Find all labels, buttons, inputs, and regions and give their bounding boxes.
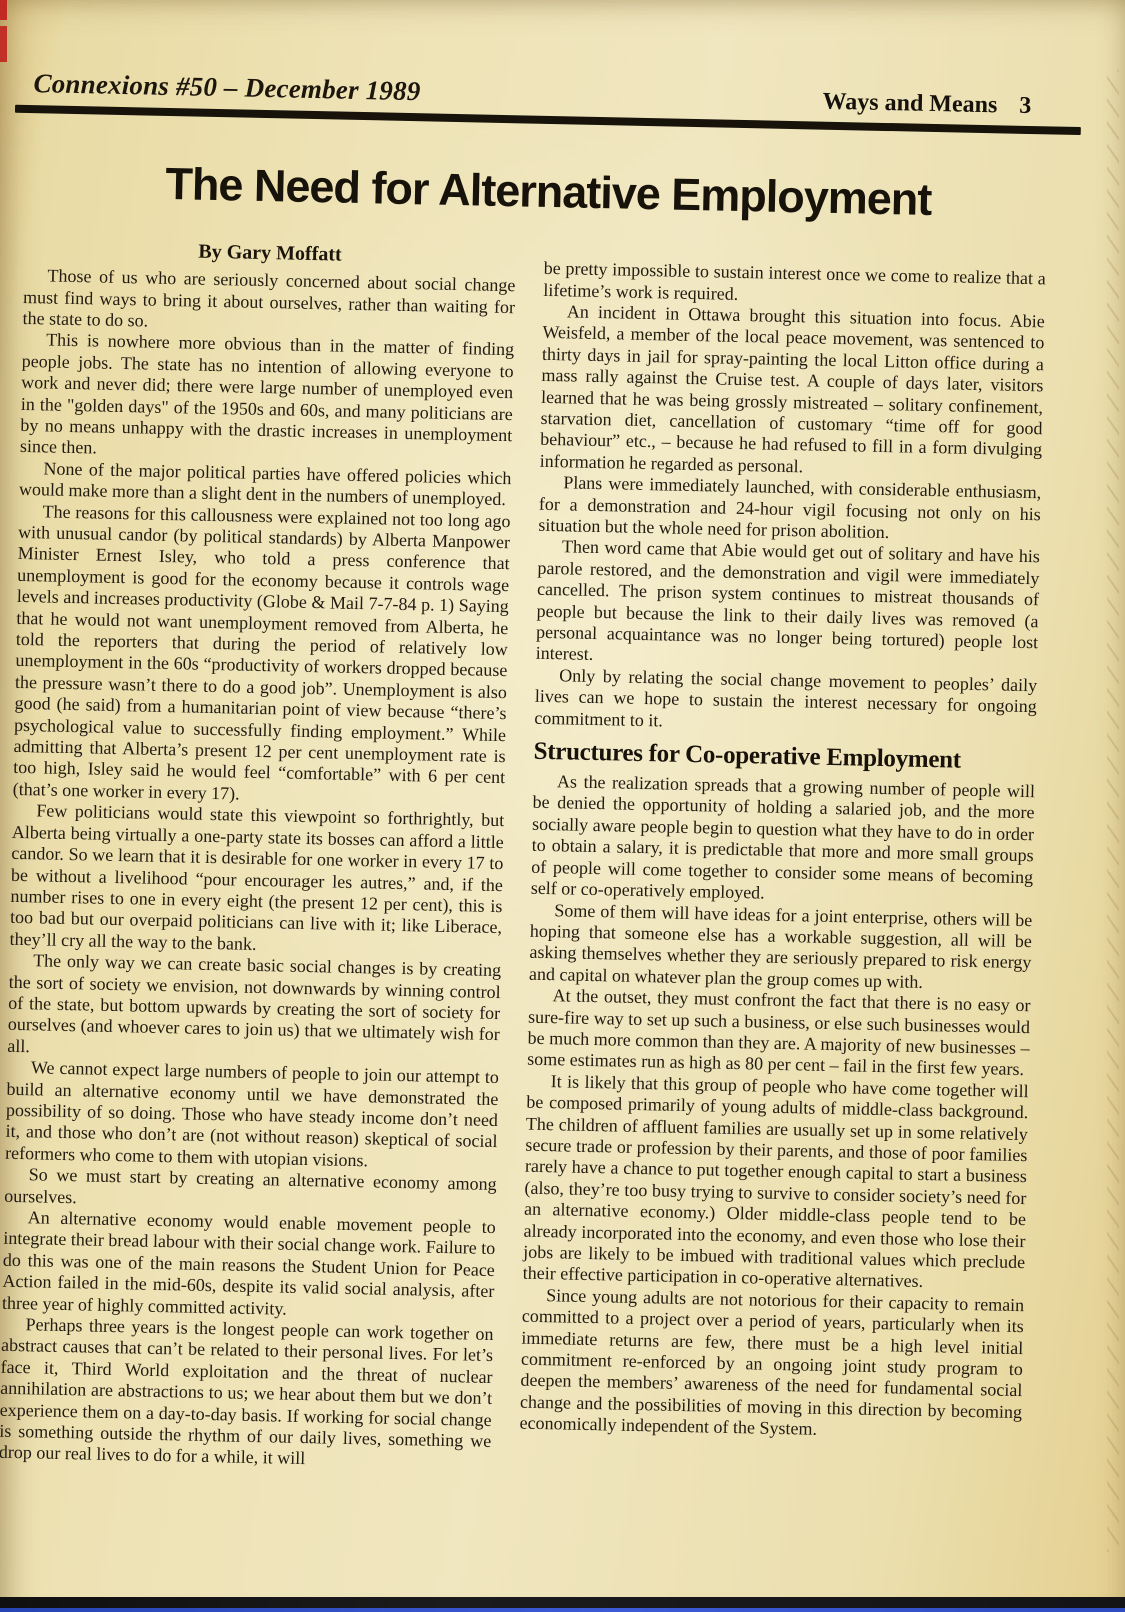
article-paragraph: The reasons for this callousness were ex… [13,501,511,811]
journal-title: Connexions #50 – December 1989 [33,68,421,107]
article-paragraph: The only way we can create basic social … [7,950,501,1067]
article-paragraph: It is likely that this group of people w… [523,1070,1029,1295]
article-title: The Need for Alternative Employment [25,155,1072,229]
page-content: Connexions #50 – December 1989 Ways and … [0,62,1074,1485]
scan-bottom-blue-line [0,1608,1125,1612]
article-paragraph: Since young adults are not notorious for… [519,1284,1024,1444]
article-paragraph: Only by relating the social change movem… [534,665,1037,740]
article-paragraph: Plans were immediately launched, with co… [538,472,1041,547]
article-paragraph: Those of us who are seriously concerned … [22,265,515,340]
article-paragraph: An alternative economy would enable move… [2,1207,496,1324]
red-edge-mark [0,0,7,20]
article-paragraph: Then word came that Abie would get out o… [535,536,1040,675]
section-header: Ways and Means 3 [822,89,1071,121]
section-title: Ways and Means [822,89,997,120]
red-edge-mark [0,26,7,62]
article-paragraph: We cannot expect large numbers of people… [5,1057,499,1174]
article-paragraph: This is nowhere more obvious than in the… [20,329,515,468]
scan-bottom-edge [0,1597,1125,1608]
article-paragraph: As the realization spreads that a growin… [531,771,1036,910]
article-paragraph: Perhaps three years is the longest peopl… [0,1314,494,1474]
scanned-newsletter-page: Connexions #50 – December 1989 Ways and … [0,0,1125,1612]
article-paragraph: Few politicians would state this viewpoi… [9,800,504,960]
right-column: be pretty impossible to sustain interest… [519,248,1047,1485]
perforation-marks [1107,70,1119,1552]
article-paragraph: An incident in Ottawa brought this situa… [540,301,1045,483]
byline: By Gary Moffatt [24,237,516,270]
page-number: 3 [1019,93,1032,120]
article-paragraph: At the outset, they must confront the fa… [527,985,1031,1081]
article-paragraph: Some of them will have ideas for a joint… [529,899,1033,995]
article-columns: By Gary Moffatt Those of us who are seri… [0,237,1070,1485]
section-subhead: Structures for Co-operative Employment [533,738,1035,777]
left-column: By Gary Moffatt Those of us who are seri… [0,237,516,1474]
